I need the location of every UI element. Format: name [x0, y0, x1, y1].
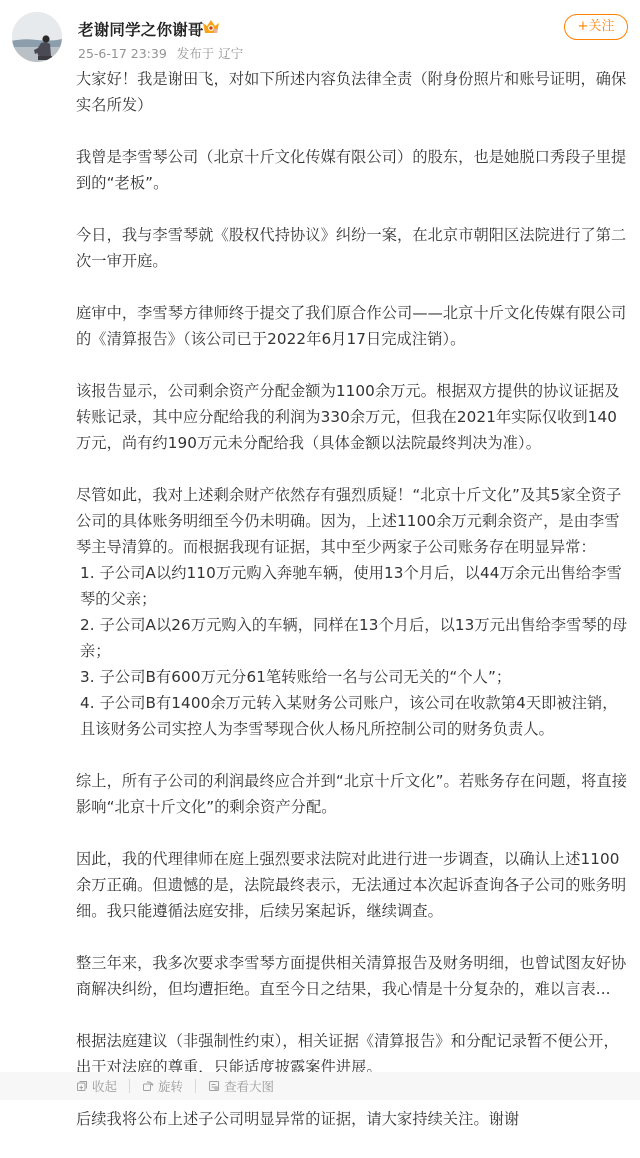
list-item: 2. 子公司A以26万元购入的车辆，同样在13个月后，以13万元出售给李雪琴的母…: [76, 612, 628, 664]
divider: [195, 1079, 196, 1093]
author-name[interactable]: 老谢同学之你谢哥: [78, 18, 204, 40]
paragraph-amounts: 该报告显示，公司剩余资产分配金额为1100余万元。根据双方提供的协议证据及转账记…: [76, 378, 628, 456]
rotate-button[interactable]: 旋转: [142, 1077, 183, 1095]
paragraph-report: 庭审中，李雪琴方律师终于提交了我们原合作公司——北京十斤文化传媒有限公司的《清算…: [76, 300, 628, 352]
post-meta: 25-6-17 23:39 发布于 辽宁: [78, 44, 249, 62]
image-toolbar-actions: 收起 旋转 查看大图: [76, 1075, 274, 1097]
paragraph-intro: 大家好！我是谢田飞，对如下所述内容负法律全责（附身份照片和账号证明，确保实名所发…: [76, 66, 628, 118]
doubts-intro: 尽管如此，我对上述剩余财产依然存有强烈质疑！“北京十斤文化”及其5家全资子公司的…: [76, 486, 621, 556]
collapse-label: 收起: [92, 1077, 117, 1095]
list-item: 4. 子公司B有1400余万元转入某财务公司账户，该公司在收款第4天即被注销，且…: [76, 690, 628, 742]
paragraph-three-years: 整三年来，我多次要求李雪琴方面提供相关清算报告及财务明细，也曾试图友好协商解决纠…: [76, 950, 628, 1002]
avatar[interactable]: [12, 12, 62, 62]
post-time[interactable]: 25-6-17 23:39: [78, 46, 167, 61]
list-item: 1. 子公司A以约110万元购入奔驰车辆，使用13个月后，以44万余元出售给李雪…: [76, 560, 628, 612]
paragraph-summary: 综上，所有子公司的利润最终应合并到“北京十斤文化”。若账务存在问题，将直接影响“…: [76, 768, 628, 820]
paragraph-lawyer: 因此，我的代理律师在庭上强烈要求法院对此进行进一步调查，以确认上述1100余万正…: [76, 846, 628, 924]
paragraph-shareholder: 我曾是李雪琴公司（北京十斤文化传媒有限公司）的股东，也是她脱口秀段子里提到的“老…: [76, 144, 628, 196]
rotate-icon: [142, 1080, 154, 1092]
paragraph-doubts: 尽管如此，我对上述剩余财产依然存有强烈质疑！“北京十斤文化”及其5家全资子公司的…: [76, 482, 628, 742]
post-body: 大家好！我是谢田飞，对如下所述内容负法律全责（附身份照片和账号证明，确保实名所发…: [76, 66, 628, 1100]
post-source: 发布于 辽宁: [177, 46, 243, 61]
divider: [129, 1079, 130, 1093]
paragraph-hearing: 今日，我与李雪琴就《股权代持协议》纠纷一案，在北京市朝阳区法院进行了第二次一审开…: [76, 222, 628, 274]
crown-badge-icon: [202, 19, 220, 35]
view-large-icon: [208, 1080, 220, 1092]
view-large-label: 查看大图: [224, 1077, 274, 1095]
follow-button[interactable]: +关注: [564, 14, 628, 40]
post-header: 老谢同学之你谢哥 25-6-17 23:39 发布于 辽宁 +关注: [0, 0, 640, 66]
list-item: 3. 子公司B有600万元分61笔转账给一名与公司无关的“个人”；: [76, 664, 628, 690]
collapse-button[interactable]: 收起: [76, 1077, 117, 1095]
avatar-photo-icon: [12, 12, 62, 62]
rotate-label: 旋转: [158, 1077, 183, 1095]
view-large-button[interactable]: 查看大图: [208, 1077, 274, 1095]
collapse-icon: [76, 1080, 88, 1092]
